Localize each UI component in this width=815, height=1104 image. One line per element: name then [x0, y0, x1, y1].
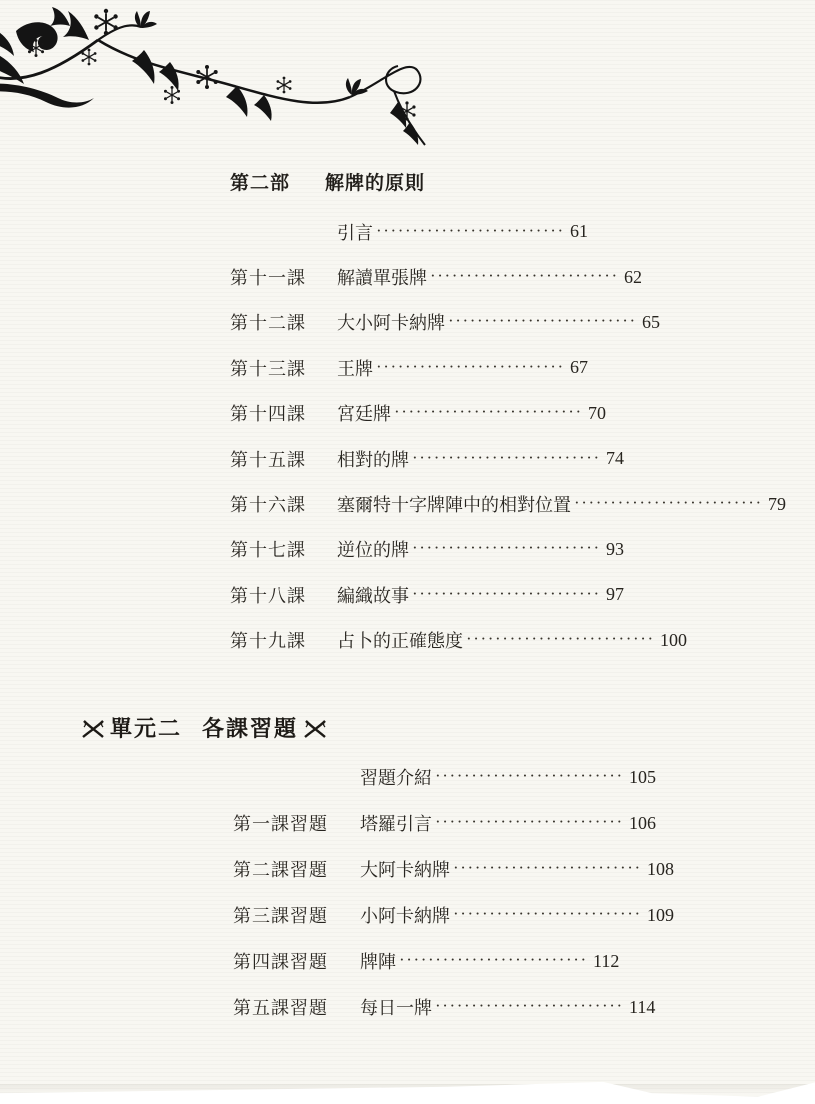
page-number: 109 — [647, 905, 674, 926]
unit-title: 各課習題 — [202, 712, 298, 743]
toc-row-title: 占卜的正確態度 — [337, 627, 463, 653]
toc-row: 第五課習題 每日一牌 ·····························… — [233, 984, 801, 1030]
toc-row-title: 大小阿卡納牌 — [337, 309, 445, 335]
page-number: 105 — [629, 767, 656, 788]
toc-row-label: 第五課習題 — [233, 994, 360, 1020]
toc-row-label: 第四課習題 — [233, 948, 360, 974]
page-number: 65 — [642, 312, 660, 333]
page-number: 61 — [570, 221, 588, 242]
toc-row: 第十一課 解讀單張牌 ·····························… — [230, 254, 801, 299]
toc-row-title: 塔羅引言 — [360, 810, 432, 836]
toc-row: 習題介紹 ···································… — [233, 754, 801, 800]
toc-row: 第二課習題 大阿卡納牌 ····························… — [233, 846, 801, 892]
toc-row: 第十九課 占卜的正確態度 ···························… — [230, 618, 801, 663]
unit-number: 單元二 — [110, 712, 182, 743]
toc-row-label: 第十九課 — [230, 627, 337, 653]
leader-dots: ········································… — [453, 858, 641, 878]
page-number: 106 — [629, 813, 656, 834]
toc-row-label: 第十四課 — [230, 400, 337, 426]
toc-row-title: 小阿卡納牌 — [360, 902, 450, 928]
toc-section-2: 習題介紹 ···································… — [233, 754, 801, 1030]
page-number: 112 — [593, 951, 619, 972]
leader-dots: ········································… — [435, 996, 623, 1016]
toc-row-label: 第十七課 — [230, 536, 337, 562]
toc-row: 第十八課 編織故事 ······························… — [230, 572, 801, 617]
unit-marker-icon-left — [81, 719, 105, 739]
toc-row-title: 宮廷牌 — [337, 400, 391, 426]
page-number: 70 — [588, 403, 606, 424]
page-number: 74 — [606, 448, 624, 469]
toc-row-label: 第十五課 — [230, 446, 337, 472]
part-number: 第二部 — [230, 168, 325, 195]
toc-row-title: 編織故事 — [337, 582, 409, 608]
page-number: 100 — [660, 630, 687, 651]
toc-row: 第十五課 相對的牌 ······························… — [230, 436, 801, 481]
leader-dots: ········································… — [435, 766, 623, 786]
part-header: 第二部 解牌的原則 — [230, 168, 425, 195]
toc-row: 第十四課 宮廷牌 ·······························… — [230, 391, 801, 436]
page-number: 108 — [647, 859, 674, 880]
page-number: 93 — [606, 539, 624, 560]
toc-row-label: 第十八課 — [230, 582, 337, 608]
toc-row: 第十三課 王牌 ································… — [230, 345, 801, 390]
toc-section-1: 引言 ·····································… — [230, 209, 801, 663]
toc-row: 第一課習題 塔羅引言 ·····························… — [233, 800, 801, 846]
toc-row-label: 第十二課 — [230, 309, 337, 335]
leader-dots: ········································… — [574, 493, 762, 513]
unit-marker-icon-right — [303, 719, 327, 739]
book-toc-page: 第二部 解牌的原則 引言 ···························… — [0, 0, 815, 1104]
unit-header: 單元二 各課習題 — [76, 712, 332, 743]
leader-dots: ········································… — [430, 266, 618, 286]
page-number: 67 — [570, 357, 588, 378]
toc-row: 引言 ·····································… — [230, 209, 801, 254]
toc-row-title: 每日一牌 — [360, 994, 432, 1020]
toc-row: 第三課習題 小阿卡納牌 ····························… — [233, 892, 801, 938]
leader-dots: ········································… — [466, 629, 654, 649]
toc-row-title: 引言 — [337, 219, 373, 245]
page-number: 97 — [606, 584, 624, 605]
page-bottom-shadow — [0, 1084, 815, 1094]
leader-dots: ········································… — [376, 357, 564, 377]
toc-row: 第十六課 塞爾特十字牌陣中的相對位置 ·····················… — [230, 481, 801, 526]
page-number: 114 — [629, 997, 655, 1018]
toc-row-label: 第十六課 — [230, 491, 337, 517]
toc-row-title: 相對的牌 — [337, 446, 409, 472]
toc-row-title: 塞爾特十字牌陣中的相對位置 — [337, 491, 571, 517]
leader-dots: ········································… — [376, 221, 564, 241]
toc-row-label: 第十三課 — [230, 355, 337, 381]
leader-dots: ········································… — [448, 311, 636, 331]
part-title: 解牌的原則 — [325, 168, 425, 195]
page-number: 62 — [624, 267, 642, 288]
floral-vine-ornament — [0, 0, 450, 158]
leader-dots: ········································… — [412, 538, 600, 558]
page-number: 79 — [768, 494, 786, 515]
leader-dots: ········································… — [412, 584, 600, 604]
toc-row: 第十二課 大小阿卡納牌 ····························… — [230, 300, 801, 345]
toc-row-title: 王牌 — [337, 355, 373, 381]
toc-row-title: 逆位的牌 — [337, 536, 409, 562]
page-bottom-edge — [0, 1080, 815, 1104]
toc-row-label: 第二課習題 — [233, 856, 360, 882]
toc-row-label: 第一課習題 — [233, 810, 360, 836]
leader-dots: ········································… — [453, 904, 641, 924]
toc-row-title: 習題介紹 — [360, 764, 432, 790]
leader-dots: ········································… — [412, 448, 600, 468]
toc-row-label: 第三課習題 — [233, 902, 360, 928]
toc-row: 第十七課 逆位的牌 ······························… — [230, 527, 801, 572]
toc-row-title: 大阿卡納牌 — [360, 856, 450, 882]
toc-row: 第四課習題 牌陣 ·······························… — [233, 938, 801, 984]
leader-dots: ········································… — [435, 812, 623, 832]
toc-row-title: 牌陣 — [360, 948, 396, 974]
leader-dots: ········································… — [394, 402, 582, 422]
toc-row-title: 解讀單張牌 — [337, 264, 427, 290]
leader-dots: ········································… — [399, 950, 587, 970]
toc-row-label: 第十一課 — [230, 264, 337, 290]
